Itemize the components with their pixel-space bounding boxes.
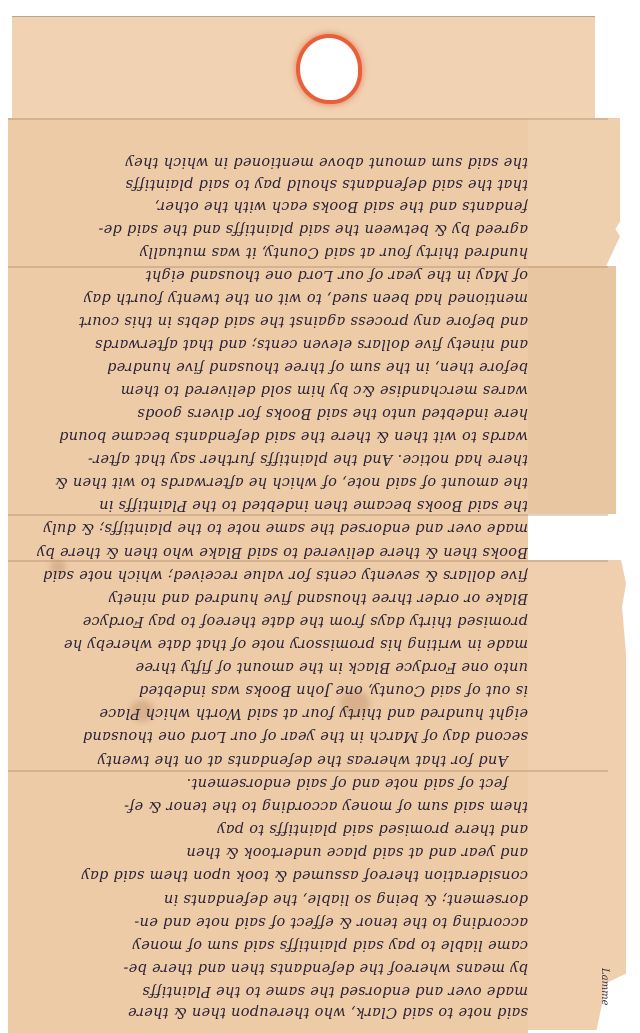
text-line: agreed by & between the said plaintiffs … xyxy=(18,221,528,237)
text-line: them said sum of money according to the … xyxy=(18,798,528,814)
text-line: and ninety five dollars eleven cents; an… xyxy=(18,336,528,352)
text-line: said note to said Clark, who thereupon t… xyxy=(18,1004,528,1020)
text-line: Books then & there delivered to said Bla… xyxy=(18,544,528,560)
edge-annotation: Lamme xyxy=(599,968,610,1006)
text-line: eight hundred and thirty four at said Wo… xyxy=(18,705,528,721)
text-line: Blake or order three thousand five hundr… xyxy=(18,590,528,606)
text-line: and there promised said plaintiffs to pa… xyxy=(18,821,528,837)
paper-margin-lower xyxy=(528,560,626,1030)
text-line: that the said defendants should pay to s… xyxy=(18,176,528,192)
text-line: came liable to pay said plaintiffs said … xyxy=(18,937,528,953)
text-line: made over and endorsed the same note to … xyxy=(18,520,528,536)
text-line: according to the tenor & effect of said … xyxy=(18,914,528,930)
text-line: is out of said County, one John Books wa… xyxy=(18,682,528,698)
text-line: before then, in the sum of three thousan… xyxy=(18,359,528,375)
text-line: dorsement; & being so liable, the defend… xyxy=(18,891,528,907)
text-line: by means whereof the defendants then and… xyxy=(18,960,528,976)
paper-margin-upper xyxy=(528,118,620,266)
text-line: wares merchandise &c by him sold deliver… xyxy=(18,382,528,398)
text-line: promised thirty days from the date there… xyxy=(18,613,528,629)
text-line: fendants and the said Books each with th… xyxy=(18,198,528,214)
text-line: made in writing his promissory note of t… xyxy=(18,636,528,652)
text-line: consideration thereof assumed & took upo… xyxy=(18,867,528,883)
text-line: here indebted unto the said Books for di… xyxy=(18,405,528,421)
handwritten-text-block: said note to said Clark, who thereupon t… xyxy=(18,140,528,1020)
text-line: the said Books became then indebted to t… xyxy=(18,497,528,513)
text-line: wards to wit then & there the said defen… xyxy=(18,428,528,444)
text-line: And for that whereas the defendants at o… xyxy=(0,752,528,768)
text-line: and year and at said place undertook & t… xyxy=(18,844,528,860)
text-line: and before any process against the said … xyxy=(18,313,528,329)
seal-hole xyxy=(300,38,358,100)
fold-line xyxy=(8,118,608,120)
text-line: mentioned had been sued, to wit on the t… xyxy=(18,290,528,306)
text-line: hundred thirty four at said County, it w… xyxy=(18,244,528,260)
paper-margin-middle xyxy=(528,266,616,514)
text-line: made over and endorsed the same to the P… xyxy=(18,983,528,999)
text-line: fect of said note and of said endorsemen… xyxy=(0,775,528,791)
text-line: of May in the year of our Lord one thous… xyxy=(18,267,528,283)
text-line: second day of March in the year of our L… xyxy=(18,728,528,744)
text-line: five dollars & seventy cents for value r… xyxy=(18,567,528,583)
text-line: the amount of said note, of which he aft… xyxy=(18,474,528,490)
text-line: there had notice. And the plaintiffs fur… xyxy=(18,451,528,467)
text-line: unto one Fordyce Black in the amount of … xyxy=(18,659,528,675)
text-line: the said sum amount above mentioned in w… xyxy=(18,154,528,170)
